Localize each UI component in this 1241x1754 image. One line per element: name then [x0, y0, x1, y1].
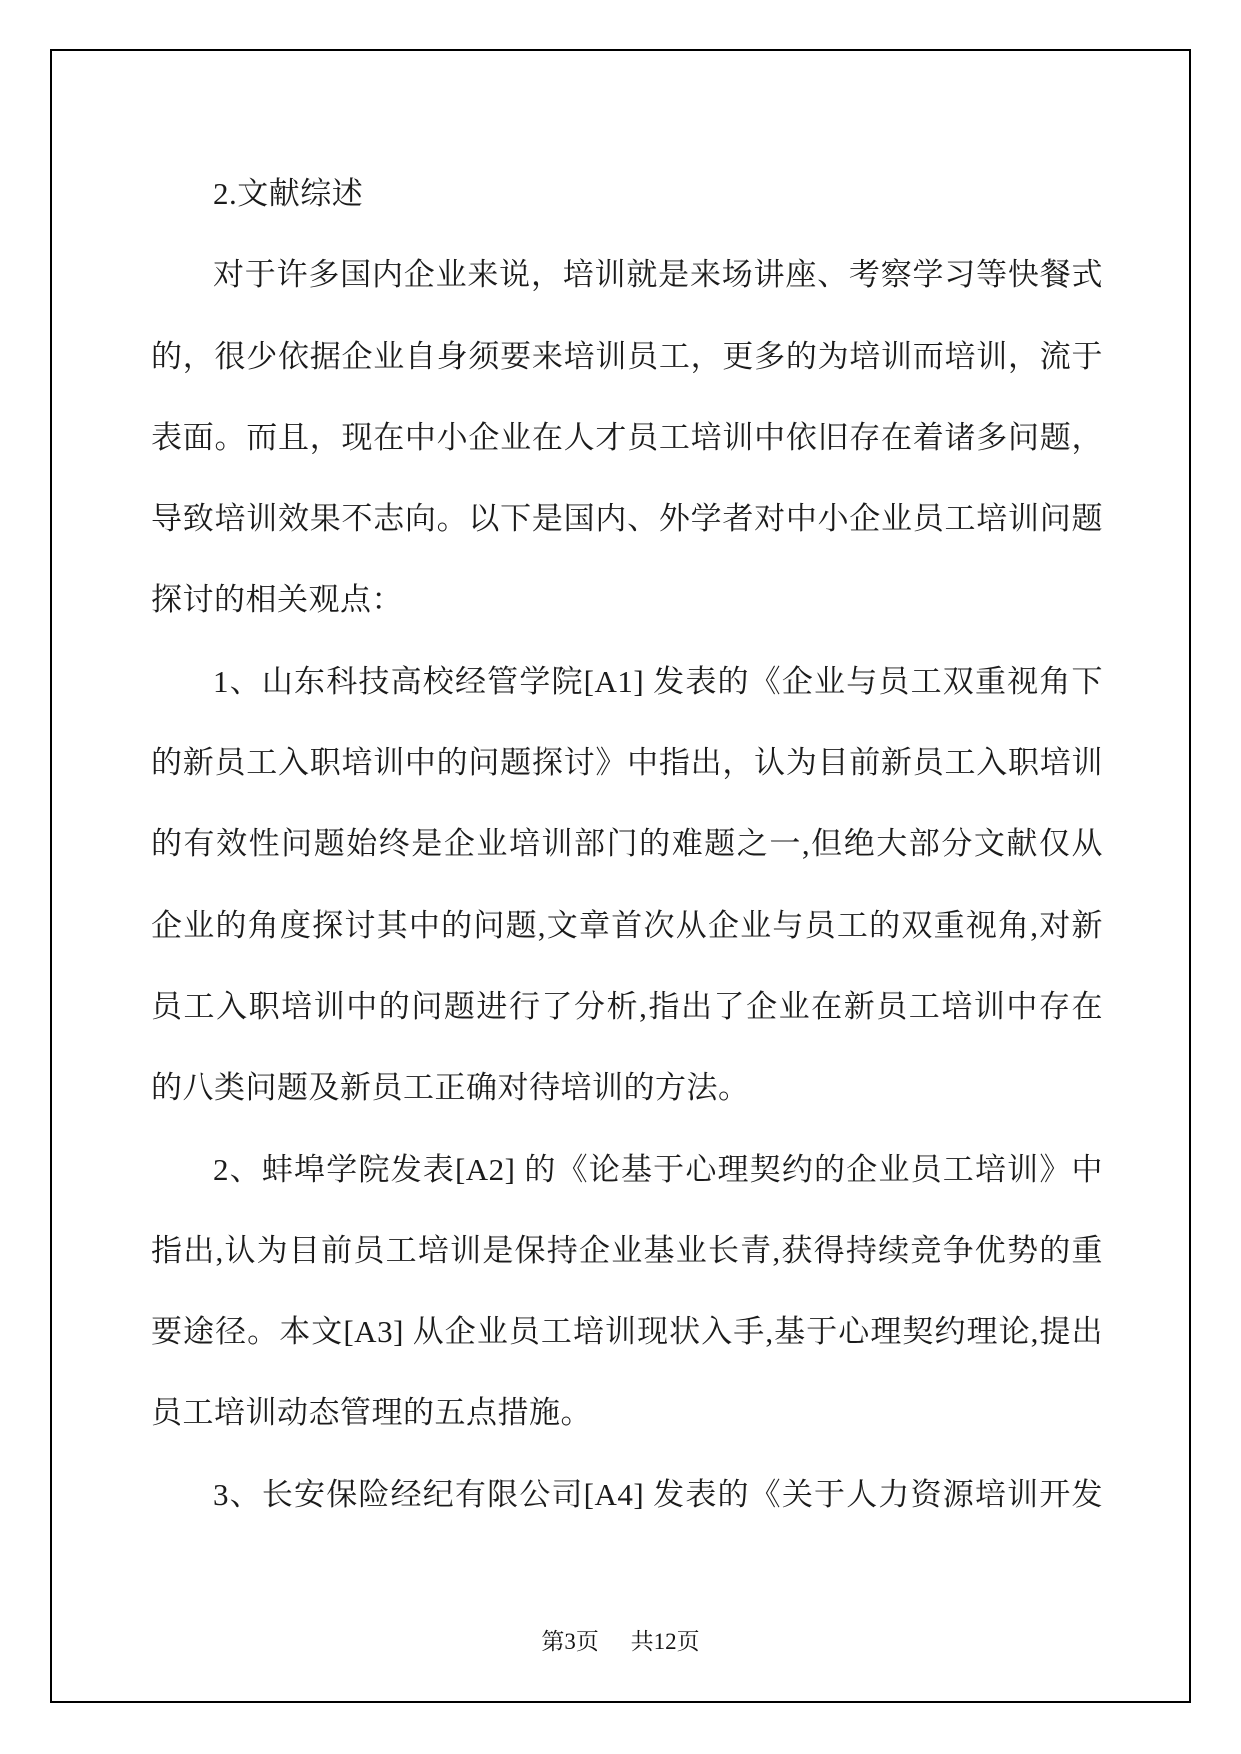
- document-page: 2.文献综述对于许多国内企业来说，培训就是来场讲座、考察学习等快餐式的，很少依据…: [0, 0, 1241, 1754]
- text-line: 2、蚌埠学院发表[A2] 的《论基于心理契约的企业员工培训》中: [151, 1129, 1103, 1210]
- text-line: 的八类问题及新员工正确对待培训的方法。: [151, 1047, 1103, 1128]
- text-line: 的有效性问题始终是企业培训部门的难题之一,但绝大部分文献仅从: [151, 803, 1103, 884]
- text-line: 员工培训动态管理的五点措施。: [151, 1372, 1103, 1453]
- text-line: 对于许多国内企业来说，培训就是来场讲座、考察学习等快餐式: [151, 234, 1103, 315]
- text-line: 3、长安保险经纪有限公司[A4] 发表的《关于人力资源培训开发: [151, 1454, 1103, 1535]
- text-line: 的新员工入职培训中的问题探讨》中指出，认为目前新员工入职培训: [151, 722, 1103, 803]
- text-line: 企业的角度探讨其中的问题,文章首次从企业与员工的双重视角,对新: [151, 885, 1103, 966]
- text-line: 1、山东科技高校经管学院[A1] 发表的《企业与员工双重视角下: [151, 641, 1103, 722]
- text-line: 指出,认为目前员工培训是保持企业基业长青,获得持续竞争优势的重: [151, 1210, 1103, 1291]
- text-line: 的，很少依据企业自身须要来培训员工，更多的为培训而培训，流于: [151, 316, 1103, 397]
- text-line: 表面。而且，现在中小企业在人才员工培训中依旧存在着诸多问题，: [151, 397, 1103, 478]
- text-line: 员工入职培训中的问题进行了分析,指出了企业在新员工培训中存在: [151, 966, 1103, 1047]
- document-body: 2.文献综述对于许多国内企业来说，培训就是来场讲座、考察学习等快餐式的，很少依据…: [151, 153, 1103, 1535]
- text-line: 2.文献综述: [151, 153, 1103, 234]
- current-page-indicator: 第3页: [541, 1626, 599, 1658]
- text-line: 要途径。本文[A3] 从企业员工培训现状入手,基于心理契约理论,提出: [151, 1291, 1103, 1372]
- page-footer: 第3页 共12页: [0, 1626, 1241, 1658]
- text-line: 探讨的相关观点：: [151, 559, 1103, 640]
- total-pages-indicator: 共12页: [631, 1626, 700, 1658]
- text-line: 导致培训效果不志向。以下是国内、外学者对中小企业员工培训问题: [151, 478, 1103, 559]
